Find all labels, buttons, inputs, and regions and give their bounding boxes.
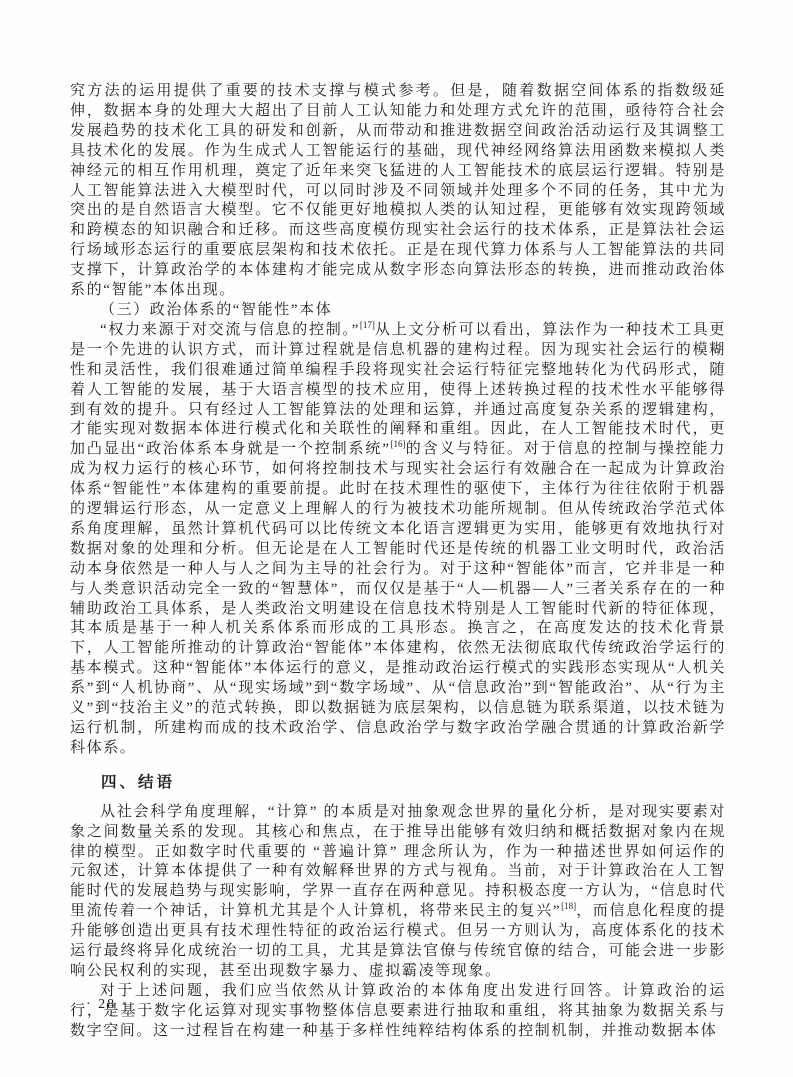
text-run: 从上文分析可以看出，算法作为一种技术工具更是一个先进的认识方式，而计算过程就是信… — [70, 322, 726, 457]
document-page: 究方法的运用提供了重要的技术支撑与模式参考。但是，随着数据空间体系的指数级延伸，… — [0, 0, 793, 1077]
article-body: 究方法的运用提供了重要的技术支撑与模式参考。但是，随着数据空间体系的指数级延伸，… — [70, 82, 726, 1042]
paragraph: 对于上述问题，我们应当依然从计算政治的本体角度出发进行回答。计算政治的运行，是基… — [70, 982, 726, 1042]
page-number: · 28 · — [86, 997, 128, 1013]
footnote-ref: [17] — [360, 320, 375, 330]
footnote-ref: [18] — [561, 901, 576, 911]
text-run: 究方法的运用提供了重要的技术支撑与模式参考。但是，随着数据空间体系的指数级延伸，… — [70, 83, 726, 298]
text-run: 从社会科学角度理解，“计算” 的本质是对抽象观念世界的量化分析，是对现实要素对象… — [70, 804, 726, 920]
section-heading: 四、结语 — [70, 773, 726, 793]
text-run: 四、结语 — [101, 774, 175, 791]
paragraph: “权力来源于对交流与信息的控制。”[17]从上文分析可以看出，算法作为一种技术工… — [70, 321, 726, 759]
text-run: （三）政治体系的“智能性”本体 — [100, 302, 332, 318]
paragraph-continued: 究方法的运用提供了重要的技术支撑与模式参考。但是，随着数据空间体系的指数级延伸，… — [70, 82, 726, 301]
text-run: 对于上述问题，我们应当依然从计算政治的本体角度出发进行回答。计算政治的运行，是基… — [70, 983, 726, 1039]
text-run: “权力来源于对交流与信息的控制。” — [100, 322, 360, 338]
footnote-ref: [16] — [390, 439, 405, 449]
subsection-heading: （三）政治体系的“智能性”本体 — [70, 301, 726, 321]
text-run: 的含义与特征。对于信息的控制与操控能力成为权力运行的核心环节，如何将控制技术与现… — [70, 441, 726, 756]
paragraph: 从社会科学角度理解，“计算” 的本质是对抽象观念世界的量化分析，是对现实要素对象… — [70, 803, 726, 982]
